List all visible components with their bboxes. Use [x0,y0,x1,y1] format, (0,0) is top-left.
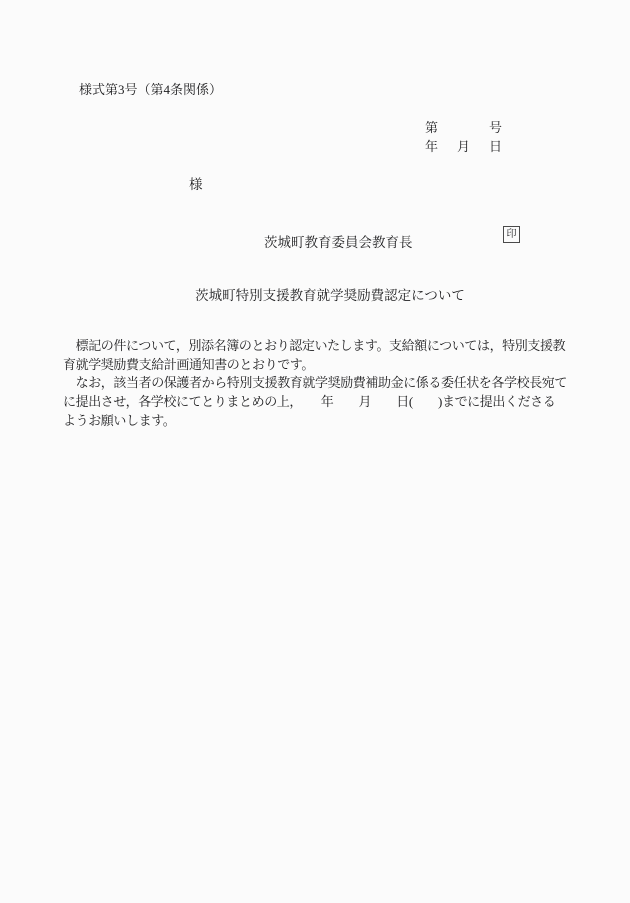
date-year-label: 年 [425,138,438,157]
form-number-label: 様式第3号（第4条関係） [79,79,222,98]
seal-mark: 印 [503,226,520,243]
date-month-label: 月 [457,138,470,157]
doc-number-prefix: 第 [425,119,438,138]
document-title: 茨城町特別支援教育就学奨励費認定について [30,284,630,304]
body-line: なお，該当者の保護者から特別支援教育就学奨励費補助金に係る委任状を各学校長宛て [63,374,573,393]
body-line: ようお願いします。 [63,412,573,431]
date-row: 年 月 日 [425,138,502,157]
document-page: 様式第3号（第4条関係） 第 号 年 月 日 様 茨城町教育委員会教育長 印 茨… [0,0,630,903]
body-line: に提出させ，各学校にてとりまとめの上， 年 月 日( )までに提出くださる [63,393,573,412]
addressee-honorific: 様 [189,173,203,193]
body-line: 育就学奨励費支給計画通知書のとおりです。 [63,356,573,375]
doc-number-row: 第 号 [425,119,502,138]
date-day-label: 日 [489,138,502,157]
document-body: 標記の件について，別添名簿のとおり認定いたします。支給額については，特別支援教 … [63,337,573,431]
doc-number-date-block: 第 号 年 月 日 [425,119,502,156]
body-line: 標記の件について，別添名簿のとおり認定いたします。支給額については，特別支援教 [63,337,573,356]
sender-name: 茨城町教育委員会教育長 [264,231,413,251]
doc-number-suffix: 号 [489,119,502,138]
